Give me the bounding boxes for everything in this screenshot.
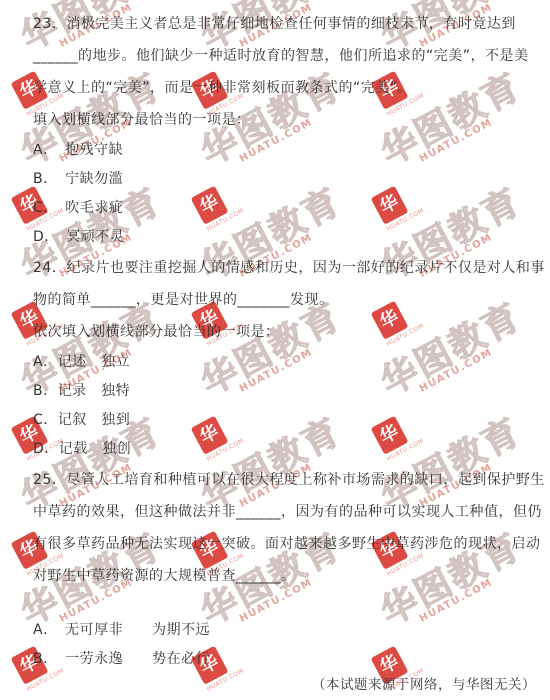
exam-page: 华HUATU.COM华图教育HUATU.COM华HUATU.COM华图教育HUA… [0,0,550,700]
question-25-stem-line-4: 对野生中草药资源的大规模普查______。 [33,560,536,592]
question-25-options: A． 无可厚非 为期不远 B． 一劳永逸 势在必行 [33,616,536,674]
question-24-option-c: C．记叙 独到 [33,406,536,435]
question-23: 23．消极完美主义者总是非常仔细地检查任何事情的细枝末节，有时竟达到 _____… [33,8,536,252]
question-24-stem-line-2: 物的简单______，更是对世界的_______发现。 [33,284,536,316]
question-23-option-b: B． 宁缺勿滥 [33,165,536,194]
question-24-option-b: B．记录 独特 [33,377,536,406]
question-23-stem-line-2: ______的地步。他们缺少一种适时放育的智慧，他们所追求的“完美”，不是美 [33,40,536,72]
question-24: 24．纪录片也要注重挖掘人的情感和历史，因为一部好的纪录片不仅是对人和事 物的简… [33,252,536,464]
questions-area: 23．消极完美主义者总是非常仔细地检查任何事情的细枝末节，有时竟达到 _____… [0,0,550,700]
question-23-stem-line-1: 23．消极完美主义者总是非常仔细地检查任何事情的细枝末节，有时竟达到 [33,8,536,40]
question-24-prompt: 依次填入划横线部分最恰当的一项是： [33,316,536,348]
source-disclaimer: （本试题来源于网络，与华图无关） [33,674,536,696]
question-23-option-d: D． 冥顽不灵 [33,223,536,252]
question-23-option-c: C． 吹毛求疵 [33,194,536,223]
question-25-stem-line-2: 中草药的效果，但这种做法并非______，因为有的品种可以实现人工种值，但仍 [33,496,536,528]
question-24-option-d: D．记载 独创 [33,435,536,464]
question-23-prompt: 填入划横线部分最恰当的一项是： [33,104,536,136]
question-25: 25．尽管人工培育和种植可以在很大程度上称补市场需求的缺口，起到保护野生 中草药… [33,464,536,674]
question-24-stem-line-1: 24．纪录片也要注重挖掘人的情感和历史，因为一部好的纪录片不仅是对人和事 [33,252,536,284]
question-25-option-b: B． 一劳永逸 势在必行 [33,645,536,674]
question-25-stem-line-1: 25．尽管人工培育和种植可以在很大程度上称补市场需求的缺口，起到保护野生 [33,464,536,496]
question-25-stem-line-3: 有很多草药品种无法实现这一突破。面对越来越多野生中草药涉危的现状，启动 [33,528,536,560]
question-23-stem-line-3: 学意义上的“完美”，而是一种非常刻板而教条式的“完美”。 [33,72,536,104]
question-25-option-a: A． 无可厚非 为期不远 [33,616,536,645]
question-24-option-a: A．记述 独立 [33,348,536,377]
question-23-option-a: A． 抱残守缺 [33,136,536,165]
